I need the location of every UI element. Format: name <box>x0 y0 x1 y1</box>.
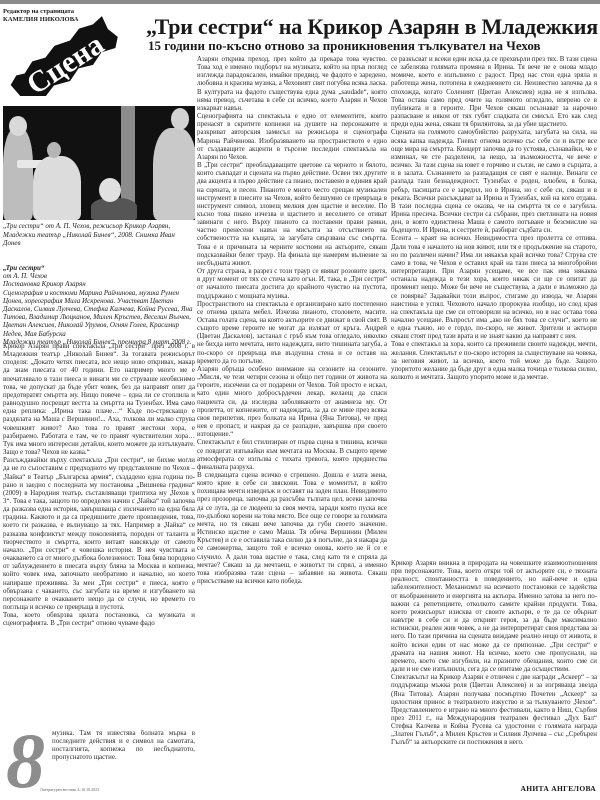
article-paragraph: Крикор Азарян вникна в природата на чове… <box>391 560 597 674</box>
article-paragraph: Това е спектакъл за хора, които са прежи… <box>391 341 597 382</box>
article-paragraph: От друга страна, в разрез с този траур с… <box>197 268 387 301</box>
headline: „Три сестри“ на Крикор Азарян в Младежки… <box>146 14 598 40</box>
photo-head <box>47 142 61 158</box>
article-paragraph: Крикор Азарян прави спектакъла „Три сест… <box>3 343 195 457</box>
article-paragraph: Спектакълът на Крикор Азарян е отличен с… <box>391 674 597 747</box>
article-paragraph: Сценографията на спектакъла е едно от ел… <box>197 113 387 162</box>
article-column-1: Крикор Азарян прави спектакъла „Три сест… <box>3 343 195 718</box>
article-paragraph: Азарян обръща особено внимание на сезони… <box>197 366 387 439</box>
photo-head <box>99 178 121 202</box>
production-photo <box>3 106 195 220</box>
article-column-2: Азарян открива преход, през който да пре… <box>197 56 387 794</box>
section-stamp: Сцена <box>4 14 126 96</box>
article-paragraph: се разкъсват и всеки един иска да се пре… <box>391 56 597 129</box>
article-paragraph: В следващата сцена всичко е сгрешено. До… <box>197 472 387 586</box>
section-stamp-graphic: Сцена <box>4 14 126 96</box>
article-paragraph: Разсъждавайки върху спектакъла „Три сест… <box>3 457 195 612</box>
photo-figure-man-right <box>153 128 195 220</box>
article-paragraph: Пространството на спектакъла е организир… <box>197 301 387 366</box>
article-paragraph: Азарян открива преход, през който да пре… <box>197 56 387 113</box>
article-paragraph: Сцената на голямото самоубийство разруха… <box>391 129 597 235</box>
credits-title: „Три сестри“ <box>3 264 193 272</box>
article-paragraph: Спектакълът е бил стилизиран от първа сц… <box>197 439 387 472</box>
publication-footnote: Литературен вестник 4–10.10.2023 <box>40 787 99 792</box>
photo-figure-officer <box>33 156 81 220</box>
photo-head <box>9 116 27 136</box>
photo-figure-seated-woman <box>91 198 137 220</box>
article-column-3: се разкъсват и всеки един иска да се пре… <box>391 56 597 546</box>
article-paragraph: Това, което обвързва цялата постановка, … <box>3 612 195 628</box>
credits-line: Постановка Крикор Азарян <box>3 280 193 288</box>
article-paragraph: В „Три сестри“ преобладаващите цветове с… <box>197 162 387 268</box>
subheadline: 15 години по-късно отново за проникновен… <box>148 38 598 54</box>
article-paragraph: Есента – краят на всичко. Невидимостта п… <box>391 235 597 341</box>
article-column-1-continuation: музика. Там тя известява болната мърка в… <box>52 730 195 772</box>
photo-head <box>171 108 189 130</box>
article-column-3-lower: Крикор Азарян вникна в природата на чове… <box>391 560 597 775</box>
credits-line: Сценография и костюми Марина Райчинова, … <box>3 289 193 338</box>
credits-author: от А. П. Чехов <box>3 272 193 280</box>
top-rule <box>0 0 600 4</box>
article-paragraph: музика. Там тя известява болната мърка в… <box>52 730 195 763</box>
photo-caption: „Три сестри“ от А. П. Чехов, режисьор Кр… <box>3 222 193 248</box>
photo-figure-woman-left <box>3 128 33 220</box>
article-author: АНИТА АНГЕЛОВА <box>521 784 597 793</box>
production-credits: „Три сестри“ от А. П. Чехов Постановка К… <box>3 264 193 346</box>
